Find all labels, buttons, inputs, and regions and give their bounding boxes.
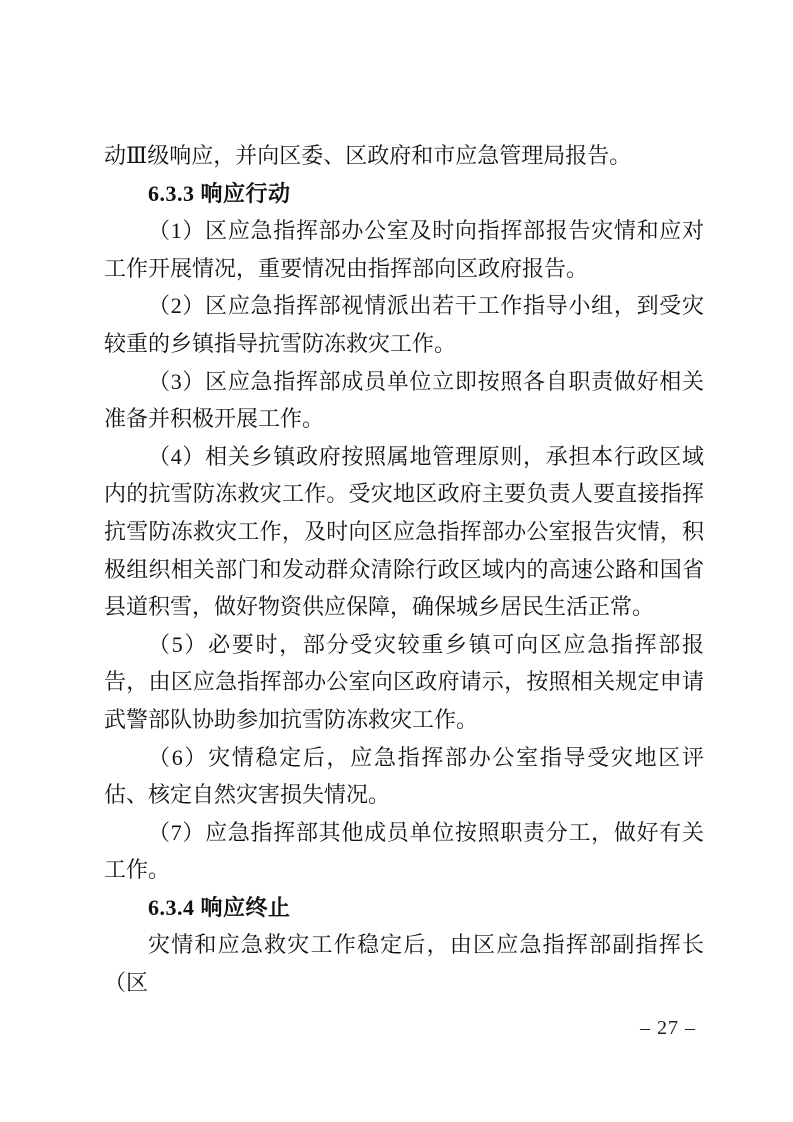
document-body: 动Ⅲ级响应，并向区委、区政府和市应急管理局报告。 6.3.3 响应行动 （1）区…: [104, 137, 704, 1002]
document-page: 动Ⅲ级响应，并向区委、区政府和市应急管理局报告。 6.3.3 响应行动 （1）区…: [0, 0, 793, 1122]
paragraph-item-1: （1）区应急指挥部办公室及时向指挥部报告灾情和应对工作开展情况，重要情况由指挥部…: [104, 212, 704, 287]
page-number: – 27 –: [604, 1015, 732, 1041]
paragraph-item-7: （7）应急指挥部其他成员单位按照职责分工，做好有关工作。: [104, 814, 704, 889]
paragraph-section-634-body: 灾情和应急救灾工作稳定后，由区应急指挥部副指挥长（区: [104, 926, 704, 1001]
paragraph-item-3: （3）区应急指挥部成员单位立即按照各自职责做好相关准备并积极开展工作。: [104, 363, 704, 438]
section-heading-6-3-3: 6.3.3 响应行动: [104, 175, 704, 213]
paragraph-continuation: 动Ⅲ级响应，并向区委、区政府和市应急管理局报告。: [104, 137, 704, 175]
section-heading-6-3-4: 6.3.4 响应终止: [104, 889, 704, 927]
paragraph-item-5: （5）必要时，部分受灾较重乡镇可向区应急指挥部报告，由区应急指挥部办公室向区政府…: [104, 626, 704, 739]
paragraph-item-6: （6）灾情稳定后，应急指挥部办公室指导受灾地区评估、核定自然灾害损失情况。: [104, 739, 704, 814]
paragraph-item-2: （2）区应急指挥部视情派出若干工作指导小组，到受灾较重的乡镇指导抗雪防冻救灾工作…: [104, 287, 704, 362]
paragraph-item-4: （4）相关乡镇政府按照属地管理原则，承担本行政区域内的抗雪防冻救灾工作。受灾地区…: [104, 438, 704, 626]
